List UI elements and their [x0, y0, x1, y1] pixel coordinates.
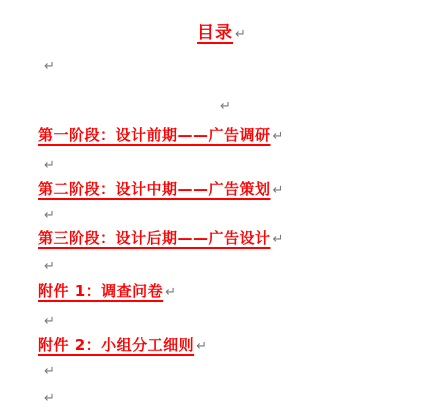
paragraph-mark-icon: ↵ [273, 130, 284, 143]
paragraph-mark-icon: ↵ [44, 260, 55, 273]
paragraph-mark-icon: ↵ [273, 233, 284, 246]
toc-entry-label: 附件 2：小组分工细则 [38, 336, 194, 354]
toc-entry-stage2: 第二阶段：设计中期——广告策划↵ [38, 180, 283, 198]
paragraph-mark-icon: ↵ [220, 100, 231, 113]
paragraph-mark-icon: ↵ [273, 184, 284, 197]
toc-entry-label: 第三阶段：设计后期——广告设计 [38, 229, 271, 247]
toc-entry-stage3: 第三阶段：设计后期——广告设计↵ [38, 229, 283, 247]
paragraph-mark-icon: ↵ [235, 28, 246, 41]
paragraph-mark-icon: ↵ [44, 209, 55, 222]
paragraph-mark-icon: ↵ [44, 60, 55, 73]
paragraph-mark-icon: ↵ [165, 286, 176, 299]
paragraph-mark-icon: ↵ [44, 392, 55, 405]
toc-entry-appendix1: 附件 1：调查问卷↵ [38, 282, 176, 300]
paragraph-mark-icon: ↵ [196, 340, 207, 353]
paragraph-mark-icon: ↵ [44, 365, 55, 378]
paragraph-mark-icon: ↵ [44, 315, 55, 328]
document-page: 目录↵ ↵ ↵ 第一阶段：设计前期——广告调研↵ ↵ 第二阶段：设计中期——广告… [0, 0, 423, 410]
toc-title: 目录 [197, 23, 233, 43]
toc-entry-label: 第一阶段：设计前期——广告调研 [38, 126, 271, 144]
toc-entry-label: 附件 1：调查问卷 [38, 282, 163, 300]
toc-entry-appendix2: 附件 2：小组分工细则↵ [38, 336, 207, 354]
toc-entry-label: 第二阶段：设计中期——广告策划 [38, 180, 271, 198]
paragraph-mark-icon: ↵ [44, 159, 55, 172]
toc-title-line: 目录↵ [10, 18, 423, 43]
toc-entry-stage1: 第一阶段：设计前期——广告调研↵ [38, 126, 283, 144]
